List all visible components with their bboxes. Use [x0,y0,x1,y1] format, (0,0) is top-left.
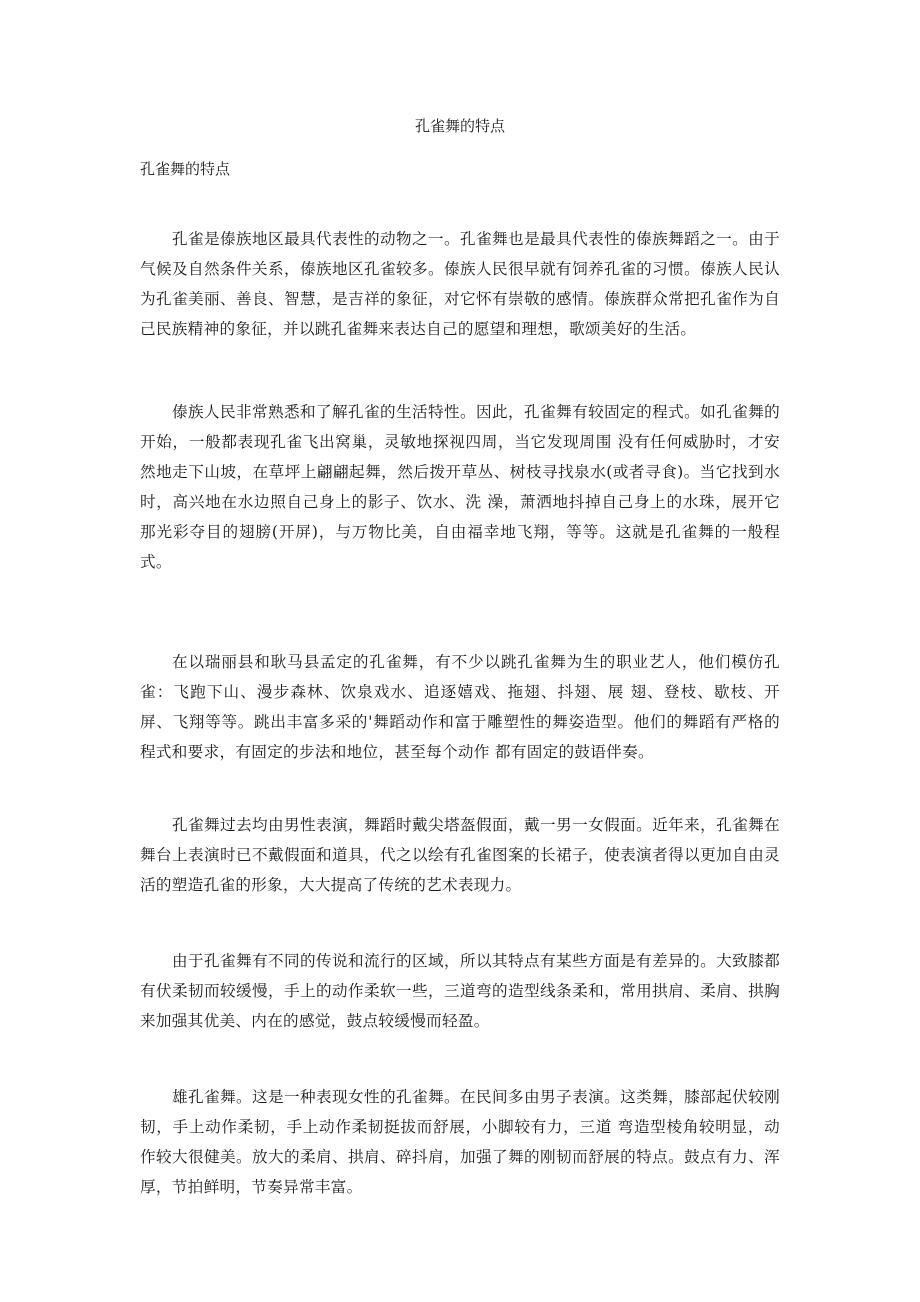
paragraph-ruili-gengma: 在以瑞丽县和耿马县孟定的孔雀舞，有不少以跳孔雀舞为生的职业艺人，他们模仿孔雀：飞… [140,647,780,767]
page-title: 孔雀舞的特点 [0,116,920,136]
paragraph-intro: 孔雀是傣族地区最具代表性的动物之一。孔雀舞也是最具代表性的傣族舞蹈之一。由于气候… [140,224,780,344]
paragraph-program: 傣族人民非常熟悉和了解孔雀的生活特性。因此，孔雀舞有较固定的程式。如孔雀舞的开始… [140,397,780,577]
paragraph-male-peacock-dance: 雄孔雀舞。这是一种表现女性的孔雀舞。在民间多由男子表演。这类舞，膝部起伏较刚韧，… [140,1082,780,1202]
paragraph-history: 孔雀舞过去均由男性表演，舞蹈时戴尖塔盔假面，戴一男一女假面。近年来，孔雀舞在舞台… [140,810,780,900]
paragraph-regional-differences: 由于孔雀舞有不同的传说和流行的区域，所以其特点有某些方面是有差异的。大致膝都有伏… [140,946,780,1036]
section-heading: 孔雀舞的特点 [140,159,230,179]
